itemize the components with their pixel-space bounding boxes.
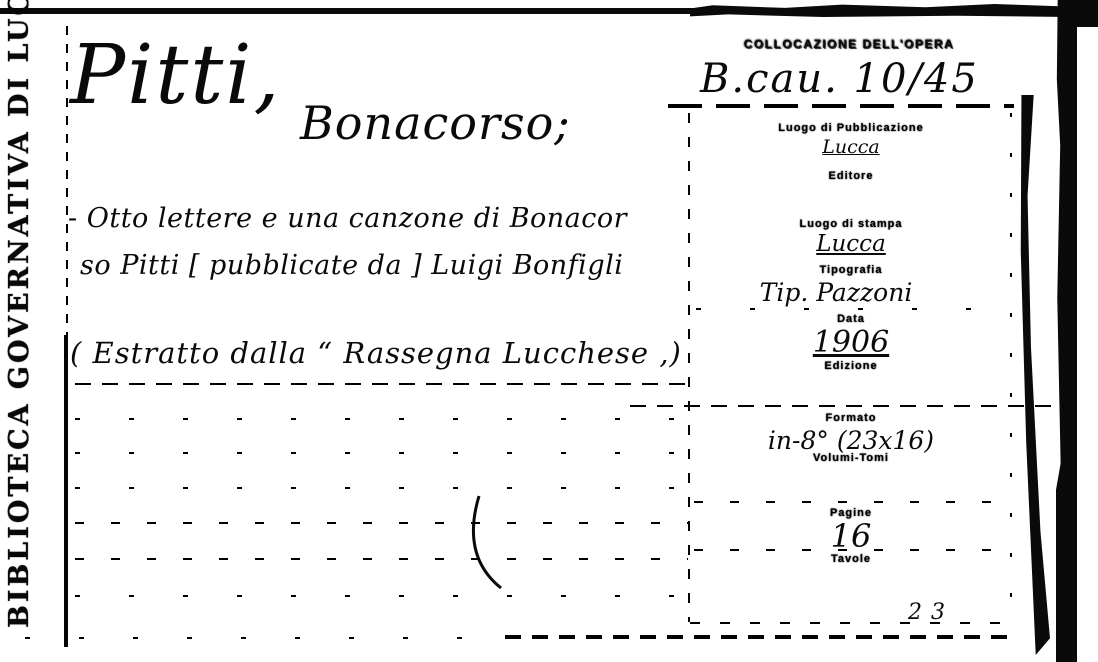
ruled-line	[75, 487, 688, 489]
ruled-line	[75, 558, 688, 560]
scan-top-edge-blotch	[690, 4, 1070, 17]
entry-surname: Pitti,	[70, 28, 282, 123]
collocation-header: COLLOCAZIONE DELL'OPERA	[724, 37, 974, 51]
box-border-bottom	[690, 622, 1012, 624]
ruled-line	[75, 418, 688, 420]
page-note: 23	[908, 600, 954, 625]
ruled-line	[75, 383, 688, 385]
catalog-card-scan: BIBLIOTECA GOVERNATIVA DI LUCCA Pitti, B…	[0, 0, 1098, 662]
bottom-edge-line	[505, 635, 1015, 639]
scan-right-shadow-wedge	[1016, 95, 1050, 655]
field-label: Tavole	[690, 553, 1012, 565]
box-ruled-line	[694, 501, 1008, 503]
field-label: Data	[690, 313, 1012, 325]
entry-title-line-1: - Otto lettere e una canzone di Bonacor	[68, 203, 627, 234]
field-editore: Editore	[690, 170, 1012, 182]
field-formato: Formato in-8° (23x16)	[690, 412, 1012, 454]
bottom-edge-line	[25, 637, 505, 639]
field-tavole: Tavole	[690, 553, 1012, 565]
entry-title-line-2: so Pitti [ pubblicate da ] Luigi Bonfigl…	[80, 250, 623, 281]
field-value: 1906	[690, 327, 1012, 359]
field-tipografia: Tipografia Tip. Pazzoni	[690, 264, 1012, 306]
field-value: 16	[690, 520, 1012, 554]
entry-note-line: ( Estratto dalla “ Rassegna Lucchese ,)	[70, 336, 682, 370]
library-stamp-text: BIBLIOTECA GOVERNATIVA DI LUCCA	[4, 48, 35, 628]
stray-pen-stroke	[455, 490, 525, 600]
field-pagine: Pagine 16	[690, 507, 1012, 554]
field-label: Formato	[690, 412, 1012, 424]
collocation-underline	[668, 104, 1014, 108]
box-ruled-line	[696, 308, 1006, 310]
field-label: Luogo di Pubblicazione	[690, 122, 1012, 134]
field-value: Tip. Pazzoni	[690, 280, 1012, 306]
left-margin-rule-top	[66, 26, 68, 338]
field-value: in-8° (23x16)	[690, 428, 1012, 454]
ruled-line	[75, 595, 688, 597]
entry-forename: Bonacorso;	[300, 96, 571, 150]
field-luogo-di-pubblicazione: Luogo di Pubblicazione Lucca	[690, 122, 1012, 158]
field-value: Lucca	[690, 232, 1012, 256]
field-volumi-tomi: Volumi-Tomi	[690, 452, 1012, 464]
field-label: Luogo di stampa	[690, 218, 1012, 230]
scan-right-edge-band	[1056, 0, 1077, 662]
field-label: Edizione	[690, 360, 1012, 372]
box-ruled-line	[630, 405, 1065, 407]
field-luogo-di-stampa: Luogo di stampa Lucca	[690, 218, 1012, 256]
ruled-line	[75, 452, 688, 454]
collocation-shelfmark: B.cau. 10/45	[700, 56, 979, 102]
field-value: Lucca	[690, 138, 1012, 158]
field-label: Tipografia	[690, 264, 1012, 276]
ruled-line	[75, 522, 688, 524]
left-margin-rule-bottom	[64, 335, 68, 647]
field-label: Volumi-Tomi	[690, 452, 1012, 464]
field-data: Data 1906	[690, 313, 1012, 359]
field-edizione: Edizione	[690, 360, 1012, 372]
field-label: Editore	[690, 170, 1012, 182]
bibliographic-field-box: Luogo di Pubblicazione Lucca Editore Luo…	[690, 113, 1012, 622]
